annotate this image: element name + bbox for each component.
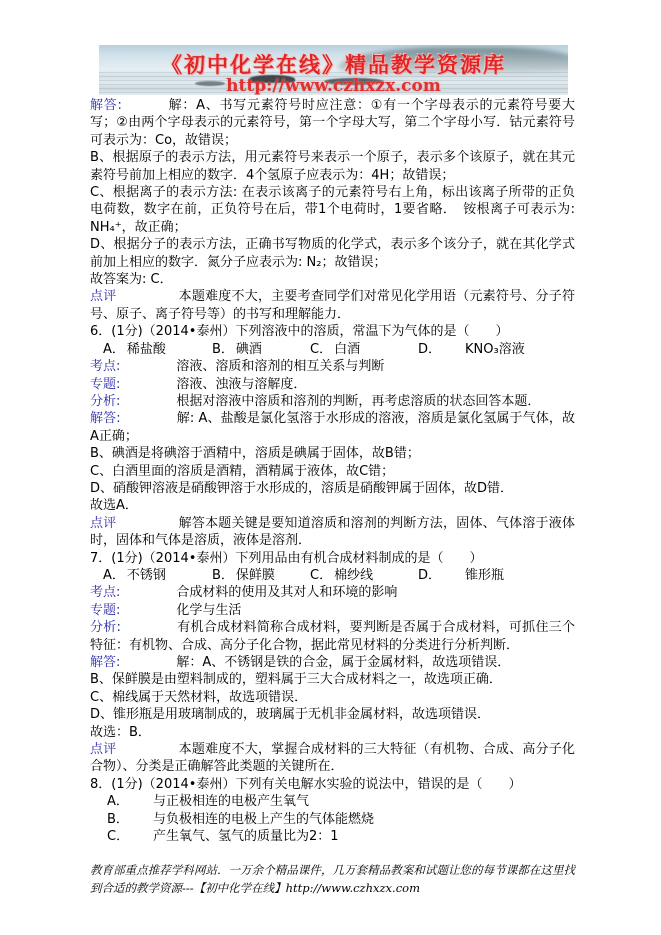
option-key: D． bbox=[418, 342, 441, 357]
q6-kaodian: 考点:溶液、溶质和溶剂的相互关系与判断 bbox=[90, 358, 575, 375]
q7-option-b: B．保鲜膜 bbox=[212, 567, 310, 584]
option-text: 棉纱线 bbox=[334, 568, 373, 583]
answer-label: 解答: bbox=[90, 655, 120, 670]
q6-answer-line-b: B、碘酒是将碘溶于酒精中，溶质是碘属于固体，故B错； bbox=[90, 445, 575, 462]
option-text: 稀盐酸 bbox=[127, 342, 166, 357]
q5-answer-line-b: B、根据原子的表示方法，用元素符号来表示一个原子，表示多个该原子，就在其元素符号… bbox=[90, 149, 575, 184]
option-text: 碘酒 bbox=[236, 342, 262, 357]
q7-option-a: A．不锈钢 bbox=[103, 567, 212, 584]
option-key: A． bbox=[103, 568, 125, 583]
q7-stem: 7．(1分)（2014•泰州）下列用品由有机合成材料制成的是（ ） bbox=[90, 550, 575, 567]
answer-intro-text: 解：A、书写元素符号时应注意：①有一个字母表示的元素符号要大写；②由两个字母表示… bbox=[90, 98, 575, 148]
option-key: A． bbox=[107, 793, 153, 810]
q5-answer-conclusion: 故答案为: C． bbox=[90, 271, 575, 288]
q6-answer-paragraph: 解答:解: A、盐酸是氯化氢溶于水形成的溶液，溶质是氯化氢属于气体，故A正确； bbox=[90, 410, 575, 445]
document-body: 解答:解：A、书写元素符号时应注意：①有一个字母表示的元素符号要大写；②由两个字… bbox=[90, 97, 575, 897]
q7-option-c: C．棉纱线 bbox=[310, 567, 418, 584]
q6-options: A．稀盐酸 B．碘酒 C．白酒 D．KNO₃溶液 bbox=[90, 341, 575, 358]
review-text: 本题难度不大，主要考查同学们对常见化学用语（元素符号、分子符号、原子、离子符号等… bbox=[90, 289, 575, 321]
option-text: 与负极相连的电极上产生的气体能燃烧 bbox=[153, 812, 374, 827]
zhuanti-text: 化学与生活 bbox=[176, 603, 241, 618]
review-label: 点评 bbox=[90, 742, 116, 757]
site-banner: 《初中化学在线》精品教学资源库 http://www.czhxzx.com bbox=[99, 45, 568, 95]
option-text: 不锈钢 bbox=[127, 568, 166, 583]
zhuanti-text: 溶液、浊液与溶解度． bbox=[176, 377, 306, 392]
option-key: C． bbox=[310, 342, 332, 357]
fenxi-label: 分析: bbox=[90, 394, 120, 409]
answer-label: 解答: bbox=[90, 411, 121, 426]
kaodian-label: 考点: bbox=[90, 359, 120, 374]
kaodian-label: 考点: bbox=[90, 585, 120, 600]
q5-answer-line-d: D、根据分子的表示方法，正确书写物质的化学式，表示多个该分子，就在其化学式前加上… bbox=[90, 236, 575, 271]
answer-intro-text: 解：A、不锈钢是铁的合金，属于金属材料，故选项错误． bbox=[176, 655, 510, 670]
option-text: 与正极相连的电极产生氧气 bbox=[153, 794, 309, 809]
q8-option-b: B．与负极相连的电极上产生的气体能燃烧 bbox=[90, 811, 575, 828]
kaodian-text: 溶液、溶质和溶剂的相互关系与判断 bbox=[176, 359, 384, 374]
review-label: 点评 bbox=[90, 289, 116, 304]
option-key: B． bbox=[212, 342, 234, 357]
q5-review-paragraph: 点评本题难度不大，主要考查同学们对常见化学用语（元素符号、分子符号、原子、离子符… bbox=[90, 288, 575, 323]
option-text: 保鲜膜 bbox=[236, 568, 275, 583]
banner-url: http://www.czhxzx.com bbox=[99, 76, 568, 95]
q6-answer-line-c: C、白酒里面的溶质是酒精，酒精属于液体，故C错； bbox=[90, 463, 575, 480]
q7-options: A．不锈钢 B．保鲜膜 C．棉纱线 D．锥形瓶 bbox=[90, 567, 575, 584]
q6-stem: 6．(1分)（2014•泰州）下列溶液中的溶质，常温下为气体的是（ ） bbox=[90, 323, 575, 340]
document-page: 《初中化学在线》精品教学资源库 http://www.czhxzx.com 解答… bbox=[0, 0, 661, 897]
answer-label: 解答: bbox=[90, 98, 122, 113]
q7-answer-conclusion: 故选：B． bbox=[90, 724, 575, 741]
option-key: C． bbox=[310, 568, 332, 583]
q6-answer-line-d: D、硝酸钾溶液是硝酸钾溶于水形成的，溶质是硝酸钾属于固体，故D错． bbox=[90, 480, 575, 497]
answer-intro-text: 解: A、盐酸是氯化氢溶于水形成的溶液，溶质是氯化氢属于气体，故A正确； bbox=[90, 411, 575, 443]
q7-zhuanti: 专题:化学与生活 bbox=[90, 602, 575, 619]
q7-option-d: D．锥形瓶 bbox=[418, 567, 575, 584]
option-key: C． bbox=[107, 828, 153, 845]
banner-title: 《初中化学在线》精品教学资源库 bbox=[99, 49, 568, 79]
q8-option-c: C．产生氧气、氢气的质量比为2：1 bbox=[90, 828, 575, 845]
q6-option-c: C．白酒 bbox=[310, 341, 418, 358]
option-text: 锥形瓶 bbox=[465, 568, 504, 583]
fenxi-text: 根据对溶液中溶质和溶剂的判断，再考虑溶质的状态回答本题． bbox=[176, 394, 540, 409]
q6-answer-conclusion: 故选A． bbox=[90, 497, 575, 514]
option-text: 产生氧气、氢气的质量比为2：1 bbox=[153, 829, 339, 844]
q6-option-b: B．碘酒 bbox=[212, 341, 310, 358]
fenxi-label: 分析: bbox=[90, 620, 121, 635]
option-key: A． bbox=[103, 342, 125, 357]
q8-stem: 8．(1分)（2014•泰州）下列有关电解水实验的说法中，错误的是（ ） bbox=[90, 776, 575, 793]
review-text: 本题难度不大，掌握合成材料的三大特征（有机物、合成、高分子化合物）、分类是正确解… bbox=[90, 742, 575, 774]
q7-answer-paragraph: 解答:解：A、不锈钢是铁的合金，属于金属材料，故选项错误． bbox=[90, 654, 575, 671]
q6-review-paragraph: 点评解答本题关键是要知道溶质和溶剂的判断方法，固体、气体溶于液体时，固体和气体是… bbox=[90, 515, 575, 550]
fenxi-text: 有机合成材料简称合成材料，要判断是否属于合成材料，可抓住三个特征：有机物、合成、… bbox=[90, 620, 575, 652]
review-label: 点评 bbox=[90, 516, 116, 531]
footer-text: 教育部重点推荐学科网站．一万余个精品课件，几万套精品教案和试题让您的每节课都在这… bbox=[90, 862, 575, 897]
kaodian-text: 合成材料的使用及其对人和环境的影响 bbox=[176, 585, 397, 600]
q6-zhuanti: 专题:溶液、浊液与溶解度． bbox=[90, 376, 575, 393]
option-text: 白酒 bbox=[334, 342, 360, 357]
zhuanti-label: 专题: bbox=[90, 377, 120, 392]
q7-review-paragraph: 点评本题难度不大，掌握合成材料的三大特征（有机物、合成、高分子化合物）、分类是正… bbox=[90, 741, 575, 776]
q7-answer-line-b: B、保鲜膜是由塑料制成的，塑料属于三大合成材料之一，故选项正确． bbox=[90, 671, 575, 688]
option-key: B． bbox=[107, 811, 153, 828]
q7-fenxi: 分析:有机合成材料简称合成材料，要判断是否属于合成材料，可抓住三个特征：有机物、… bbox=[90, 619, 575, 654]
option-key: D． bbox=[418, 568, 441, 583]
q6-option-a: A．稀盐酸 bbox=[103, 341, 212, 358]
option-key: B． bbox=[212, 568, 234, 583]
option-text: KNO₃溶液 bbox=[465, 342, 525, 357]
q5-answer-paragraph: 解答:解：A、书写元素符号时应注意：①有一个字母表示的元素符号要大写；②由两个字… bbox=[90, 97, 575, 149]
q8-option-a: A．与正极相连的电极产生氧气 bbox=[90, 793, 575, 810]
q7-answer-line-d: D、锥形瓶是用玻璃制成的，玻璃属于无机非金属材料，故选项错误． bbox=[90, 706, 575, 723]
q7-answer-line-c: C、棉线属于天然材料，故选项错误． bbox=[90, 689, 575, 706]
q6-fenxi: 分析:根据对溶液中溶质和溶剂的判断，再考虑溶质的状态回答本题． bbox=[90, 393, 575, 410]
page-footer: 教育部重点推荐学科网站．一万余个精品课件，几万套精品教案和试题让您的每节课都在这… bbox=[90, 862, 575, 897]
q7-kaodian: 考点:合成材料的使用及其对人和环境的影响 bbox=[90, 584, 575, 601]
q5-answer-line-c: C、根据离子的表示方法: 在表示该离子的元素符号右上角，标出该离子所带的正负电荷… bbox=[90, 184, 575, 236]
zhuanti-label: 专题: bbox=[90, 603, 120, 618]
review-text: 解答本题关键是要知道溶质和溶剂的判断方法，固体、气体溶于液体时，固体和气体是溶质… bbox=[90, 516, 575, 548]
q6-option-d: D．KNO₃溶液 bbox=[418, 341, 575, 358]
